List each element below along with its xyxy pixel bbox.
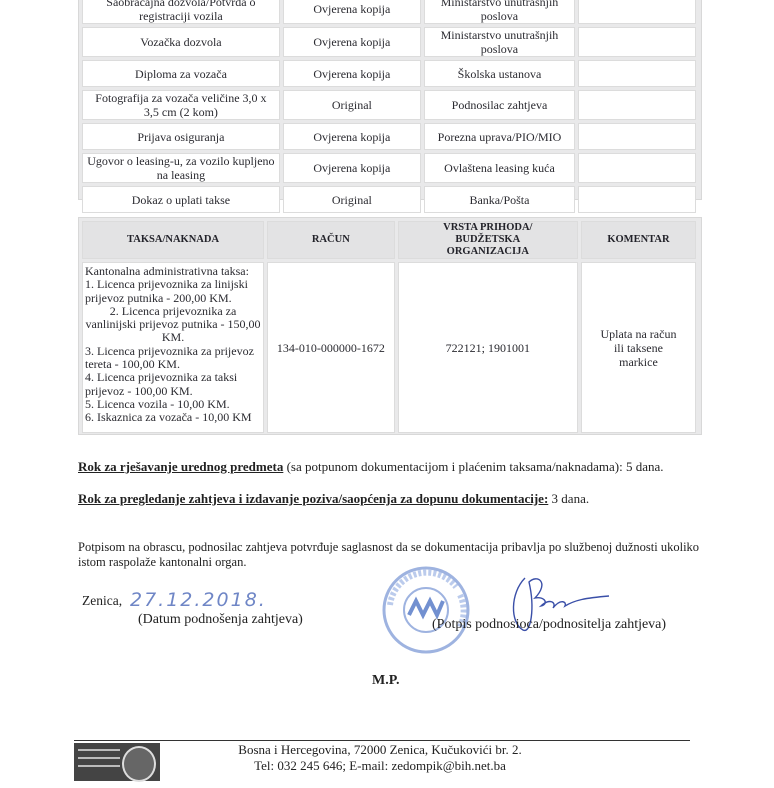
account-number: 134-010-000000-1672 bbox=[267, 262, 395, 433]
document-issuer: Podnosilac zahtjeva bbox=[424, 90, 575, 120]
certification-logo-icon bbox=[74, 743, 160, 781]
document-row: Dokaz o uplati takseOriginalBanka/Pošta bbox=[82, 186, 696, 213]
document-name: Vozačka dozvola bbox=[82, 27, 280, 57]
document-form: Ovjerena kopija bbox=[283, 60, 421, 87]
fee-item: 4. Licenca prijevoznika za taksi prijevo… bbox=[85, 371, 261, 398]
company-stamp-icon bbox=[376, 565, 476, 655]
header-comment: KOMENTAR bbox=[581, 221, 696, 259]
document-comment bbox=[578, 186, 696, 213]
fee-item: 1. Licenca prijevoznika za linijski prij… bbox=[85, 278, 261, 305]
fee-item: 2. Licenca prijevoznika za vanlinijski p… bbox=[85, 305, 261, 345]
fees-row: Kantonalna administrativna taksa: 1. Lic… bbox=[82, 262, 696, 433]
document-comment bbox=[578, 153, 696, 183]
document-issuer: Banka/Pošta bbox=[424, 186, 575, 213]
document-name: Ugovor o leasing-u, za vozilo kupljeno n… bbox=[82, 153, 280, 183]
document-row: Diploma za vozačaOvjerena kopijaŠkolska … bbox=[82, 60, 696, 87]
footer-address-line: Bosna i Hercegovina, 72000 Zenica, Kučuk… bbox=[180, 742, 580, 758]
deadline-processing: Rok za rješavanje urednog predmeta (sa p… bbox=[78, 459, 663, 475]
document-issuer: Ovlaštena leasing kuća bbox=[424, 153, 575, 183]
document-comment bbox=[578, 90, 696, 120]
fee-comment: Uplata na račun ili taksene markice bbox=[581, 262, 696, 433]
document-comment bbox=[578, 27, 696, 57]
document-comment bbox=[578, 123, 696, 150]
signature-caption: (Potpis podnosioca/podnositelja zahtjeva… bbox=[432, 617, 666, 633]
document-form: Ovjerena kopija bbox=[283, 0, 421, 24]
document-comment bbox=[578, 0, 696, 24]
document-name: Prijava osiguranja bbox=[82, 123, 280, 150]
document-form: Ovjerena kopija bbox=[283, 27, 421, 57]
required-documents-table: Saobraćajna dozvola/Potvrda o registraci… bbox=[78, 0, 702, 200]
document-issuer: Ministarstvo unutrašnjih poslova bbox=[424, 27, 575, 57]
document-issuer: Ministarstvo unutrašnjih poslova bbox=[424, 0, 575, 24]
header-fee: TAKSA/NAKNADA bbox=[82, 221, 264, 259]
document-name: Diploma za vozača bbox=[82, 60, 280, 87]
header-account: RAČUN bbox=[267, 221, 395, 259]
handwritten-date: 27.12.2018. bbox=[130, 589, 267, 611]
document-form: Ovjerena kopija bbox=[283, 123, 421, 150]
fee-intro: Kantonalna administrativna taksa: bbox=[85, 265, 261, 278]
document-row: Ugovor o leasing-u, za vozilo kupljeno n… bbox=[82, 153, 696, 183]
revenue-type: 722121; 1901001 bbox=[398, 262, 578, 433]
document-row: Vozačka dozvolaOvjerena kopijaMinistarst… bbox=[82, 27, 696, 57]
deadline-review: Rok za pregledanje zahtjeva i izdavanje … bbox=[78, 491, 589, 507]
document-row: Saobraćajna dozvola/Potvrda o registraci… bbox=[82, 0, 696, 24]
document-comment bbox=[578, 60, 696, 87]
document-name: Fotografija za vozača veličine 3,0 x 3,5… bbox=[82, 90, 280, 120]
document-issuer: Porezna uprava/PIO/MIO bbox=[424, 123, 575, 150]
document-form: Original bbox=[283, 186, 421, 213]
footer-contact-line: Tel: 032 245 646; E-mail: zedompik@bih.n… bbox=[180, 758, 580, 774]
city-label: Zenica, bbox=[82, 593, 122, 609]
deadline-processing-label: Rok za rješavanje urednog predmeta bbox=[78, 459, 283, 474]
fee-item: 5. Licenca vozila - 10,00 KM. bbox=[85, 398, 261, 411]
document-row: Fotografija za vozača veličine 3,0 x 3,5… bbox=[82, 90, 696, 120]
footer-divider bbox=[74, 740, 690, 741]
deadline-review-label: Rok za pregledanje zahtjeva i izdavanje … bbox=[78, 491, 548, 506]
header-revenue-type: VRSTA PRIHODA/ BUDŽETSKA ORGANIZACIJA bbox=[398, 221, 578, 259]
document-name: Saobraćajna dozvola/Potvrda o registraci… bbox=[82, 0, 280, 24]
document-form: Original bbox=[283, 90, 421, 120]
date-caption: (Datum podnošenja zahtjeva) bbox=[138, 612, 303, 628]
document-form: Ovjerena kopija bbox=[283, 153, 421, 183]
deadline-processing-text: (sa potpunom dokumentacijom i plaćenim t… bbox=[283, 459, 663, 474]
footer-address: Bosna i Hercegovina, 72000 Zenica, Kučuk… bbox=[180, 742, 580, 774]
fee-item: 6. Iskaznica za vozača - 10,00 KM bbox=[85, 411, 261, 424]
fees-table: TAKSA/NAKNADA RAČUN VRSTA PRIHODA/ BUDŽE… bbox=[78, 217, 702, 435]
document-issuer: Školska ustanova bbox=[424, 60, 575, 87]
document-name: Dokaz o uplati takse bbox=[82, 186, 280, 213]
document-row: Prijava osiguranjaOvjerena kopijaPorezna… bbox=[82, 123, 696, 150]
deadline-review-text: 3 dana. bbox=[548, 491, 589, 506]
stamp-placeholder-label: M.P. bbox=[372, 673, 399, 689]
fee-list-cell: Kantonalna administrativna taksa: 1. Lic… bbox=[82, 262, 264, 433]
fee-item: 3. Licenca prijevoznika za prijevoz tere… bbox=[85, 345, 261, 372]
